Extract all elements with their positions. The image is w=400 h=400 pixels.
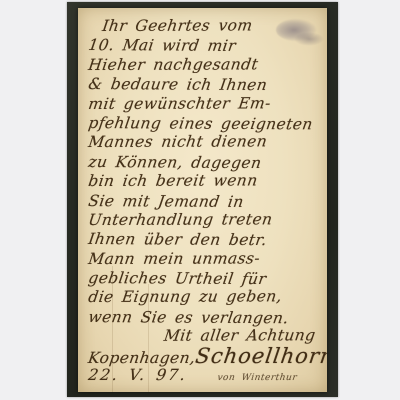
handwriting-line: Ihr Geehrtes vom (87, 16, 325, 36)
postcard-photo: Ihr Geehrtes vom 10. Mai wird mir Hieher… (67, 2, 338, 397)
handwriting-line: Ihnen über den betr. (87, 230, 325, 251)
handwriting-line: Unterhandlung treten (87, 210, 325, 230)
date: 22. V. 97. (87, 366, 188, 385)
handwriting-line: mit gewünschter Em- (87, 94, 325, 114)
handwriting-line: Hieher nachgesandt (87, 55, 325, 75)
handwriting-line: Mann mein unmass- (87, 249, 325, 269)
handwriting-line: Sie mit Jemand in (87, 192, 325, 213)
handwriting-line: bin ich bereit wenn (87, 171, 325, 191)
page-background: Ihr Geehrtes vom 10. Mai wird mir Hieher… (0, 0, 400, 400)
handwriting-line: & bedaure ich Ihnen (87, 75, 325, 96)
signature: Schoellhorn (194, 347, 327, 366)
handwritten-text: Ihr Geehrtes vom 10. Mai wird mir Hieher… (87, 17, 322, 392)
postcard: Ihr Geehrtes vom 10. Mai wird mir Hieher… (78, 8, 327, 392)
handwriting-line: Mannes nicht dienen (87, 133, 325, 153)
handwriting-line: die Eignung zu geben, (87, 288, 325, 308)
handwriting-line: 10. Mai wird mir (87, 36, 325, 57)
signature-note: von Winterthur (216, 369, 324, 388)
